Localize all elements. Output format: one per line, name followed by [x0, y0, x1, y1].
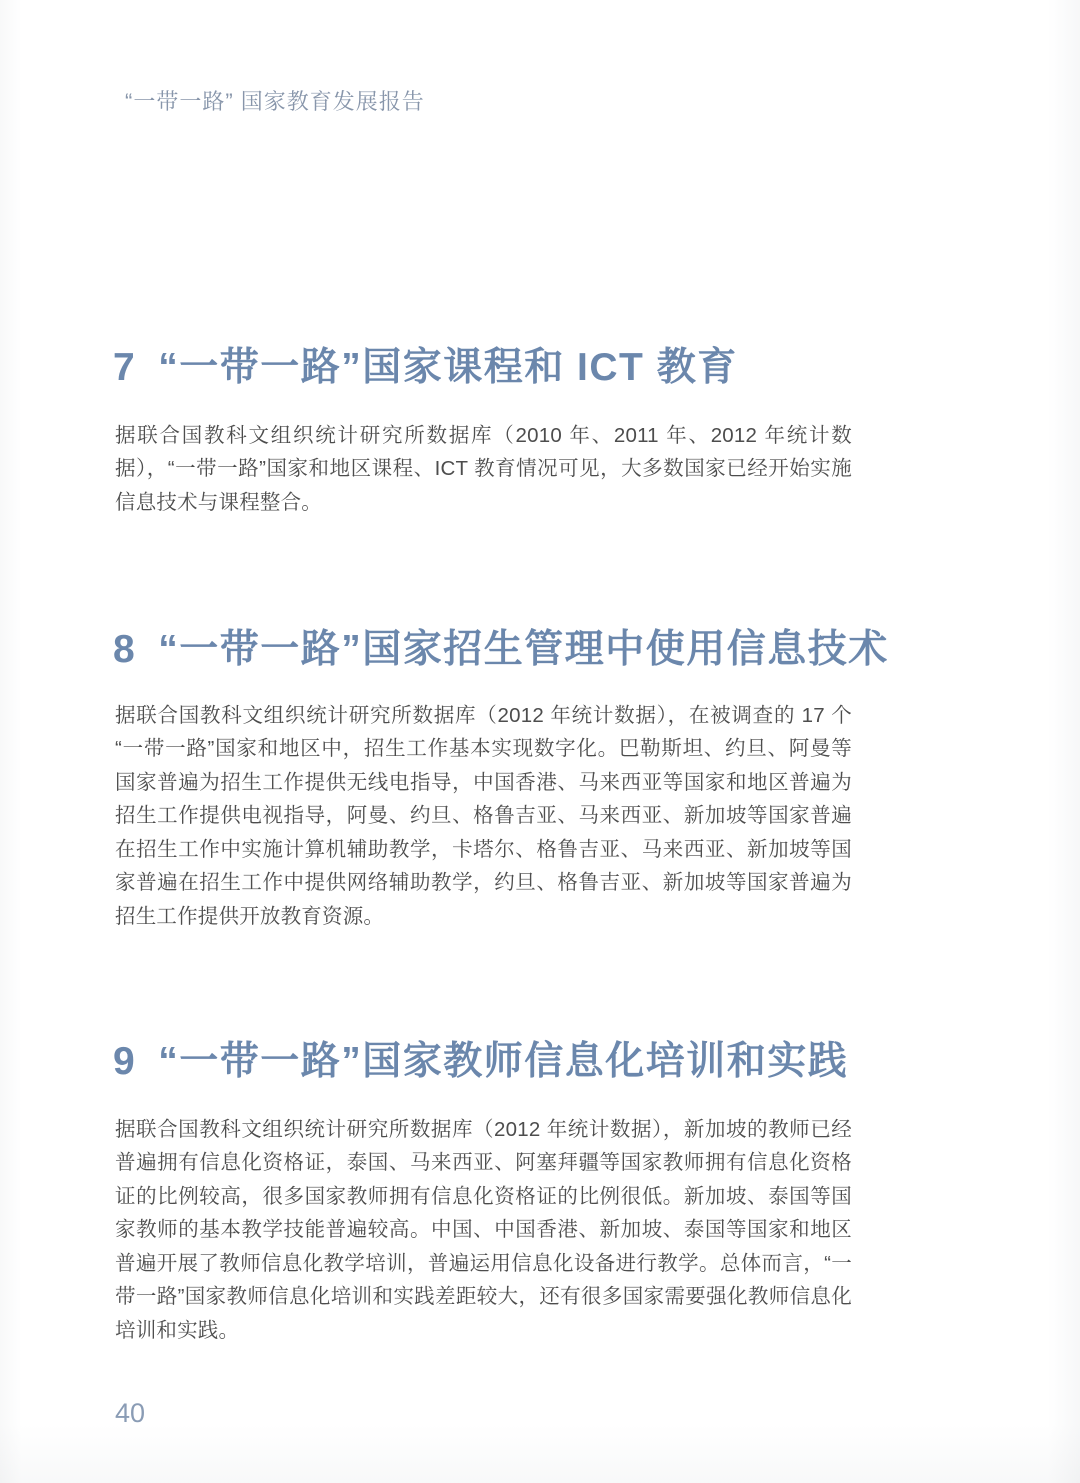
report-page: “一带一路” 国家教育发展报告 7“一带一路”国家课程和 ICT 教育 据联合国… [0, 0, 1080, 1483]
page-number: 40 [115, 1398, 145, 1429]
section-9-paragraph: 据联合国教科文组织统计研究所数据库（2012 年统计数据），新加坡的教师已经普遍… [115, 1113, 852, 1348]
section-7-paragraph: 据联合国教科文组织统计研究所数据库（2010 年、2011 年、2012 年统计… [115, 419, 852, 520]
section-7-title: “一带一路”国家课程和 ICT 教育 [158, 346, 738, 389]
section-9-title: “一带一路”国家教师信息化培训和实践 [158, 1040, 848, 1083]
section-8-title: “一带一路”国家招生管理中使用信息技术 [158, 628, 889, 671]
running-header: “一带一路” 国家教育发展报告 [125, 85, 425, 116]
section-8-paragraph: 据联合国教科文组织统计研究所数据库（2012 年统计数据），在被调查的 17 个… [115, 699, 852, 934]
section-8-number: 8 [113, 628, 136, 671]
section-8-heading: 8“一带一路”国家招生管理中使用信息技术 [113, 628, 889, 673]
section-7-number: 7 [113, 346, 136, 389]
section-9-number: 9 [113, 1040, 136, 1083]
section-9-heading: 9“一带一路”国家教师信息化培训和实践 [113, 1040, 848, 1085]
section-7-heading: 7“一带一路”国家课程和 ICT 教育 [113, 346, 738, 391]
